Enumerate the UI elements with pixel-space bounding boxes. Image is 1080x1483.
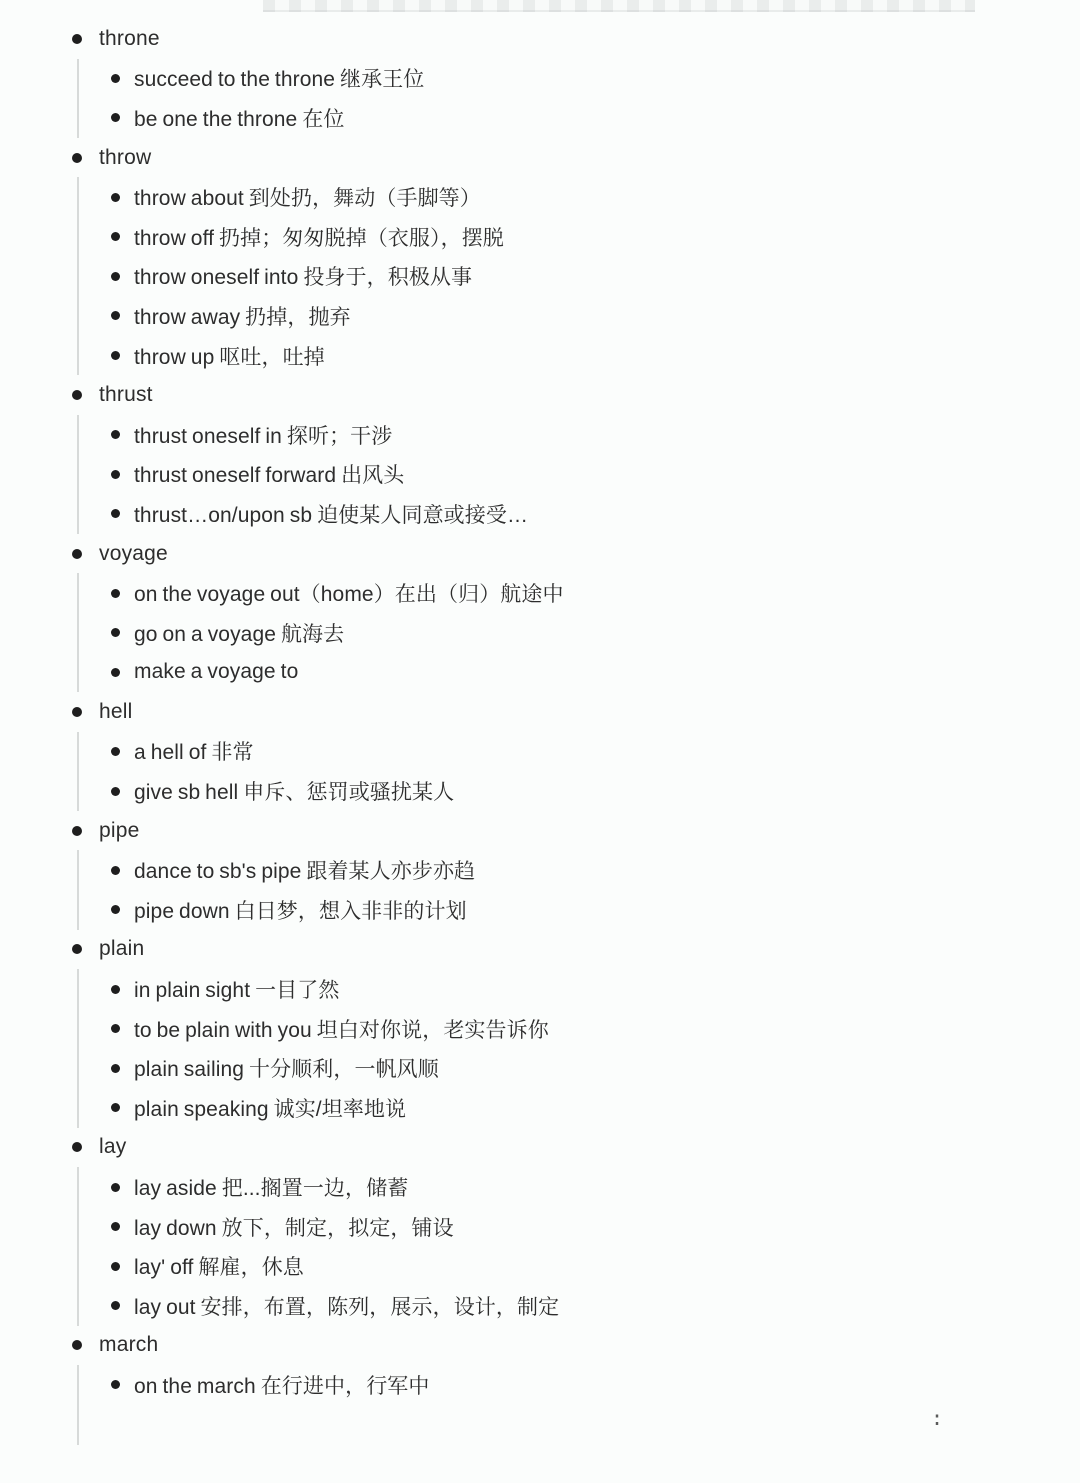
bullet-icon <box>111 905 120 914</box>
bullet-icon <box>111 232 120 241</box>
headword-row: plain <box>0 930 1080 970</box>
bullet-icon <box>111 74 120 83</box>
headword-label: throw <box>99 146 151 170</box>
phrase-text: throw away 扔掉，抛弃 <box>134 301 351 331</box>
phrase-row: throw oneself into 投身于，积极从事 <box>79 257 1080 297</box>
headword-row: voyage <box>0 534 1080 574</box>
section-throne: thronesucceed to the throne 继承王位be one t… <box>0 19 1080 138</box>
section-voyage: voyageon the voyage out（home）在出（归）航途中go … <box>0 534 1080 692</box>
bullet-icon <box>72 549 82 559</box>
phrase-row: a hell of 非常 <box>79 732 1080 772</box>
section-plain: plainin plain sight 一目了然to be plain with… <box>0 930 1080 1128</box>
bullet-icon <box>72 1142 82 1152</box>
bullet-icon <box>111 668 120 677</box>
phrase-row: throw up 呕吐，吐掉 <box>79 336 1080 376</box>
page-artifact-mark: : <box>931 1408 943 1428</box>
bullet-icon <box>111 1024 120 1033</box>
phrase-sublist: in plain sight 一目了然to be plain with you … <box>77 969 1080 1127</box>
phrase-text: thrust oneself forward 出风头 <box>134 459 404 489</box>
section-lay: laylay aside 把...搁置一边，储蓄lay down 放下，制定，拟… <box>0 1128 1080 1326</box>
phrase-text: thrust…on/upon sb 迫使某人同意或接受… <box>134 499 528 529</box>
headword-label: voyage <box>99 542 168 566</box>
headword-label: march <box>99 1333 158 1357</box>
phrase-row: lay aside 把...搁置一边，储蓄 <box>79 1167 1080 1207</box>
phrase-row: thrust oneself forward 出风头 <box>79 455 1080 495</box>
bullet-icon <box>111 1380 120 1389</box>
phrase-row: thrust oneself in 探听；干涉 <box>79 415 1080 455</box>
section-pipe: pipedance to sb's pipe 跟着某人亦步亦趋pipe down… <box>0 811 1080 930</box>
headword-row: lay <box>0 1128 1080 1168</box>
phrase-row: thrust…on/upon sb 迫使某人同意或接受… <box>79 494 1080 534</box>
headword-row: thrust <box>0 375 1080 415</box>
phrase-text: go on a voyage 航海去 <box>134 618 344 648</box>
headword-label: plain <box>99 937 144 961</box>
phrase-text: throw off 扔掉；匆匆脱掉（衣服），摆脱 <box>134 222 504 252</box>
phrase-text: succeed to the throne 继承王位 <box>134 63 424 93</box>
phrase-sublist: a hell of 非常give sb hell 申斥、惩罚或骚扰某人 <box>77 732 1080 811</box>
phrase-text: on the voyage out（home）在出（归）航途中 <box>134 578 564 608</box>
phrase-row: throw off 扔掉；匆匆脱掉（衣服），摆脱 <box>79 217 1080 257</box>
phrase-text: throw oneself into 投身于，积极从事 <box>134 261 472 291</box>
bullet-icon <box>72 390 82 400</box>
phrase-text: make a voyage to <box>134 660 298 684</box>
headword-label: throne <box>99 27 160 51</box>
phrase-text: lay' off 解雇，休息 <box>134 1251 304 1281</box>
phrase-text: plain sailing 十分顺利，一帆风顺 <box>134 1053 439 1083</box>
bullet-icon <box>111 509 120 518</box>
bullet-icon <box>111 193 120 202</box>
bullet-icon <box>72 1340 82 1350</box>
phrase-sublist: dance to sb's pipe 跟着某人亦步亦趋pipe down 白日梦… <box>77 850 1080 929</box>
vocab-list: thronesucceed to the throne 继承王位be one t… <box>0 19 1080 1445</box>
phrase-text: give sb hell 申斥、惩罚或骚扰某人 <box>134 776 454 806</box>
phrase-text: dance to sb's pipe 跟着某人亦步亦趋 <box>134 855 475 885</box>
bullet-icon <box>111 1183 120 1192</box>
bullet-icon <box>111 113 120 122</box>
phrase-text: lay down 放下，制定，拟定，铺设 <box>134 1212 454 1242</box>
phrase-row: throw about 到处扔，舞动（手脚等） <box>79 177 1080 217</box>
bullet-icon <box>111 787 120 796</box>
phrase-row: plain sailing 十分顺利，一帆风顺 <box>79 1048 1080 1088</box>
bullet-icon <box>111 1064 120 1073</box>
bullet-icon <box>111 311 120 320</box>
headword-label: hell <box>99 700 133 724</box>
phrase-text: to be plain with you 坦白对你说，老实告诉你 <box>134 1014 549 1044</box>
vocabulary-page: thronesucceed to the throne 继承王位be one t… <box>0 0 1080 1483</box>
headword-row: hell <box>0 692 1080 732</box>
headword-label: thrust <box>99 383 153 407</box>
phrase-text: pipe down 白日梦，想入非非的计划 <box>134 895 467 925</box>
phrase-row: throw away 扔掉，抛弃 <box>79 296 1080 336</box>
phrase-text: on the march 在行进中，行军中 <box>134 1370 430 1400</box>
phrase-sublist: throw about 到处扔，舞动（手脚等）throw off 扔掉；匆匆脱掉… <box>77 177 1080 375</box>
bullet-icon <box>72 826 82 836</box>
headword-row: throw <box>0 138 1080 178</box>
bullet-icon <box>111 589 120 598</box>
phrase-text: throw about 到处扔，舞动（手脚等） <box>134 182 481 212</box>
section-hell: hella hell of 非常give sb hell 申斥、惩罚或骚扰某人 <box>0 692 1080 811</box>
headword-row: pipe <box>0 811 1080 851</box>
phrase-sublist: thrust oneself in 探听；干涉thrust oneself fo… <box>77 415 1080 534</box>
bullet-icon <box>111 351 120 360</box>
phrase-row: give sb hell 申斥、惩罚或骚扰某人 <box>79 771 1080 811</box>
phrase-row: on the voyage out（home）在出（归）航途中 <box>79 573 1080 613</box>
bullet-icon <box>72 944 82 954</box>
phrase-row: on the march 在行进中，行军中 <box>79 1365 1080 1405</box>
bullet-icon <box>111 272 120 281</box>
section-thrust: thrustthrust oneself in 探听；干涉thrust ones… <box>0 375 1080 533</box>
phrase-row: pipe down 白日梦，想入非非的计划 <box>79 890 1080 930</box>
bullet-icon <box>111 866 120 875</box>
headword-row: throne <box>0 19 1080 59</box>
phrase-text: in plain sight 一目了然 <box>134 974 339 1004</box>
phrase-row: in plain sight 一目了然 <box>79 969 1080 1009</box>
bullet-icon <box>111 747 120 756</box>
phrase-sublist: succeed to the throne 继承王位be one the thr… <box>77 59 1080 138</box>
phrase-row: lay out 安排，布置，陈列，展示，设计，制定 <box>79 1286 1080 1326</box>
bullet-icon <box>111 1222 120 1231</box>
phrase-row: dance to sb's pipe 跟着某人亦步亦趋 <box>79 850 1080 890</box>
phrase-text: lay out 安排，布置，陈列，展示，设计，制定 <box>134 1291 559 1321</box>
phrase-text: a hell of 非常 <box>134 736 254 766</box>
phrase-text: be one the throne 在位 <box>134 103 344 133</box>
phrase-row: plain speaking 诚实/坦率地说 <box>79 1088 1080 1128</box>
phrase-row: lay down 放下，制定，拟定，铺设 <box>79 1207 1080 1247</box>
phrase-row: to be plain with you 坦白对你说，老实告诉你 <box>79 1009 1080 1049</box>
phrase-text: thrust oneself in 探听；干涉 <box>134 420 392 450</box>
section-throw: throwthrow about 到处扔，舞动（手脚等）throw off 扔掉… <box>0 138 1080 376</box>
bullet-icon <box>111 628 120 637</box>
bullet-icon <box>111 1262 120 1271</box>
phrase-sublist: on the march 在行进中，行军中 <box>77 1365 1080 1445</box>
headword-row: march <box>0 1326 1080 1366</box>
phrase-row: make a voyage to <box>79 653 1080 693</box>
bullet-icon <box>72 153 82 163</box>
bullet-icon <box>72 707 82 717</box>
phrase-text: lay aside 把...搁置一边，储蓄 <box>134 1172 408 1202</box>
phrase-text: plain speaking 诚实/坦率地说 <box>134 1093 406 1123</box>
phrase-sublist: lay aside 把...搁置一边，储蓄lay down 放下，制定，拟定，铺… <box>77 1167 1080 1325</box>
phrase-text: throw up 呕吐，吐掉 <box>134 341 325 371</box>
bullet-icon <box>111 430 120 439</box>
phrase-row: be one the throne 在位 <box>79 98 1080 138</box>
phrase-row: go on a voyage 航海去 <box>79 613 1080 653</box>
phrase-row: lay' off 解雇，休息 <box>79 1246 1080 1286</box>
headword-label: lay <box>99 1135 126 1159</box>
phrase-row: succeed to the throne 继承王位 <box>79 59 1080 99</box>
bullet-icon <box>72 34 82 44</box>
cropped-previous-line <box>263 0 975 12</box>
bullet-icon <box>111 985 120 994</box>
phrase-sublist: on the voyage out（home）在出（归）航途中go on a v… <box>77 573 1080 692</box>
section-march: marchon the march 在行进中，行军中 <box>0 1326 1080 1445</box>
bullet-icon <box>111 1103 120 1112</box>
bullet-icon <box>111 1301 120 1310</box>
headword-label: pipe <box>99 819 140 843</box>
bullet-icon <box>111 470 120 479</box>
